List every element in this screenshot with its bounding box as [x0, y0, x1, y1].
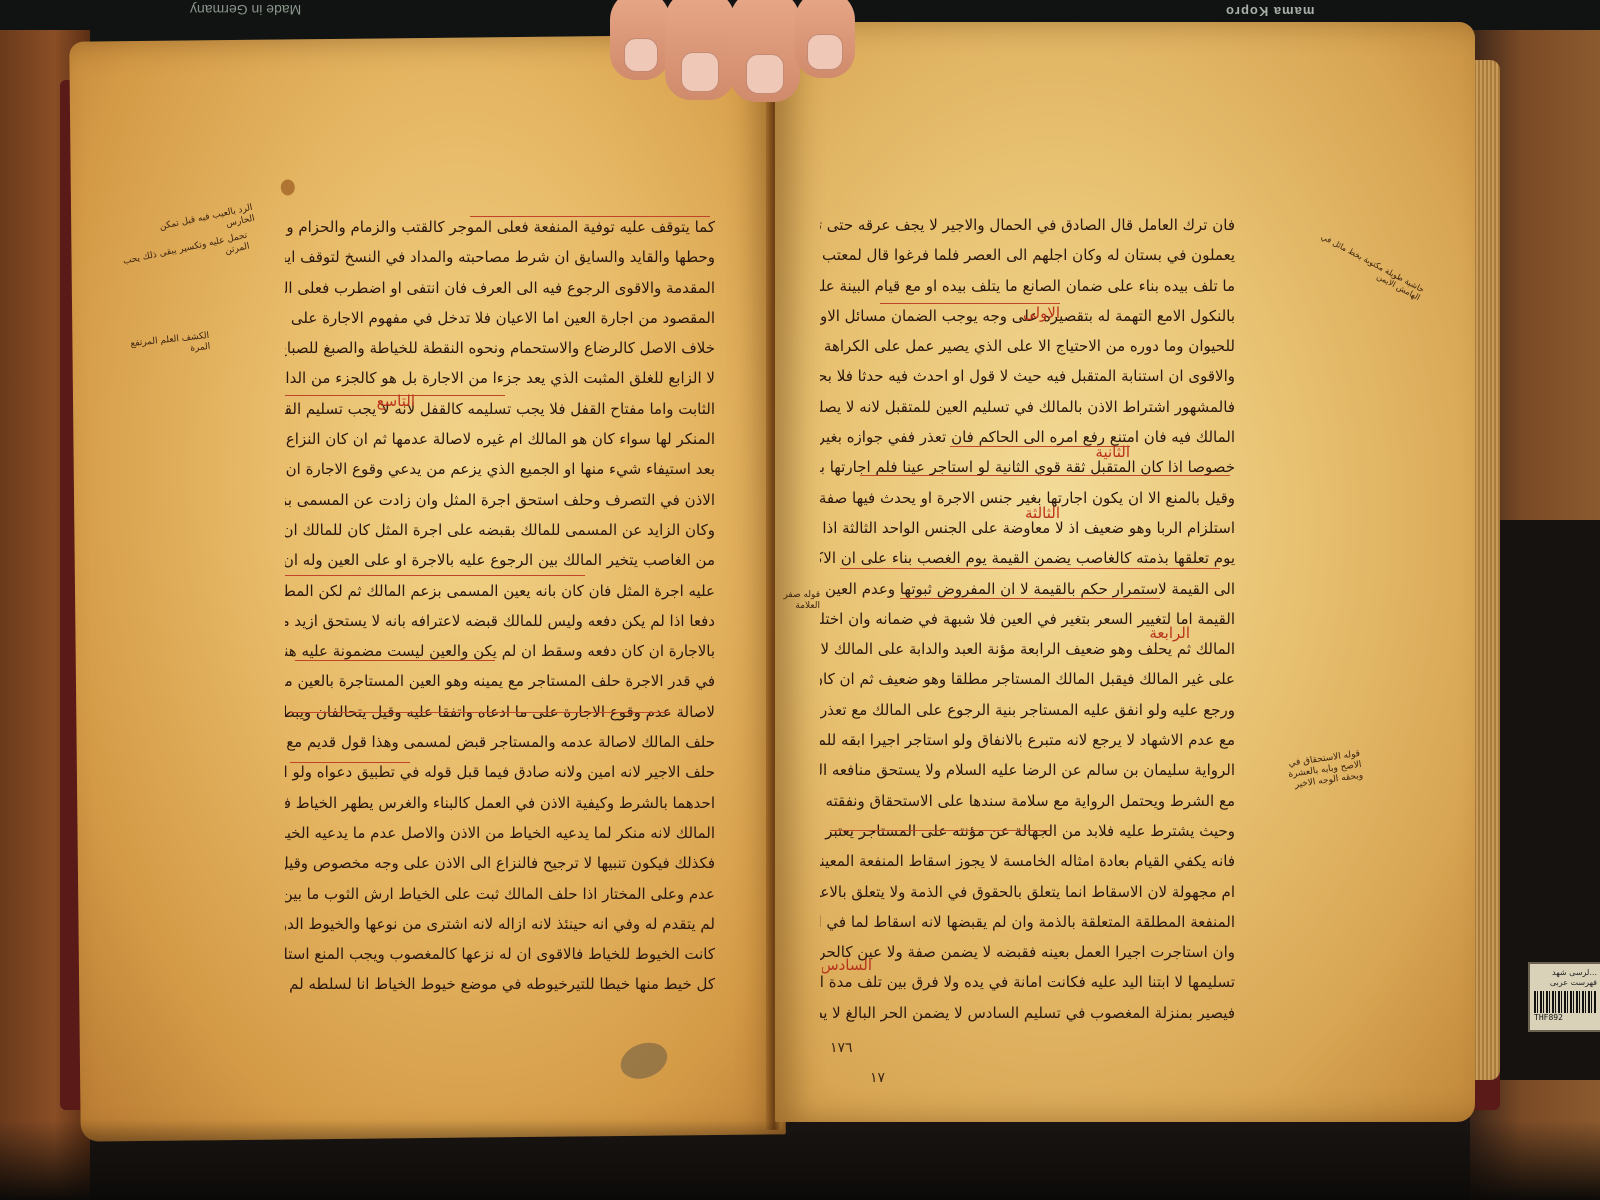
- red-overline: [285, 575, 585, 576]
- rubric-word: السادس: [822, 956, 872, 974]
- text-line: فانه يكفي القيام بعادة امثاله الخامسة لا…: [820, 846, 1235, 876]
- barcode-number: THF892: [1534, 1013, 1597, 1022]
- text-line: دفعا اذا لم يكن دفعه وليس للمالك قبضه لا…: [285, 606, 715, 636]
- red-overline: [290, 712, 670, 713]
- text-line: لا الزابع للغلق المثبت الذي يعد جزءا من …: [285, 363, 715, 393]
- left-page-text: كما يتوقف عليه توفية المنفعة فعلى الموجر…: [285, 212, 715, 1000]
- rubric-right-5: السادس: [822, 950, 872, 980]
- text-line: بالاجارة ان كان دفعه وسقط ان لم يكن والع…: [285, 636, 715, 666]
- folio-number-left: ١٧٦: [830, 1040, 853, 1056]
- text-line: المقدمة والاقوى الرجوع فيه الى العرف فان…: [285, 273, 715, 303]
- text-line: بعد استيفاء شيء منها او الجميع الذي يزعم…: [285, 454, 715, 484]
- water-stain: [616, 1036, 673, 1085]
- barcode-label-text-1: ...لرسی شهد: [1534, 968, 1597, 978]
- text-line: والاقوى ان استنابة المتقبل فيه حيث لا قو…: [820, 361, 1235, 391]
- text-line: للحيوان وما دوره من الاحتياج الا على الذ…: [820, 331, 1235, 361]
- folio-number-right: ١٧: [870, 1070, 885, 1086]
- barcode-icon: [1534, 991, 1597, 1013]
- text-line: خلاف الاصل كالرضاع والاستحمام ونحوه النق…: [285, 333, 715, 363]
- library-barcode-label: ...لرسی شهد فهرست عربی THF892: [1528, 962, 1600, 1032]
- text-line: من الغاصب يتخير المالك بين الرجوع عليه ب…: [285, 545, 715, 575]
- finger: [730, 0, 800, 102]
- red-overline: [830, 830, 1050, 831]
- text-line: عدم وعلى المختار اذا حلف المالك ثبت على …: [285, 879, 715, 909]
- text-line: كل خيط منها خيطا للتيرخيوطه في موضع خيوط…: [285, 969, 715, 999]
- text-line: في قدر الاجرة حلف المستاجر مع يمينه وهو …: [285, 666, 715, 696]
- text-line: مع عدم الاشهاد لا يرجع لانه متبرع بالانف…: [820, 725, 1235, 755]
- text-line: الثابت واما مفتاح القفل فلا يجب تسليمه ك…: [285, 394, 715, 424]
- text-line: لم يتقدم له وفي انه حينئذ لانه ازاله لان…: [285, 909, 715, 939]
- rubric-word: التاسع: [377, 392, 415, 410]
- rubric-left: التاسع: [355, 386, 415, 416]
- text-line: الى القيمة لاستمرار حكم بالقيمة لا ان ال…: [820, 574, 1235, 604]
- red-overline: [470, 216, 710, 217]
- finger: [665, 0, 735, 100]
- text-line: فان ترك العامل قال الصادق في الحمال والا…: [820, 210, 1235, 240]
- mat-imprint-left: Made in Germany: [190, 2, 301, 18]
- text-line: المنكر لها سواء كان هو المالك ام غيره لا…: [285, 424, 715, 454]
- text-line: المالك فيه فان امتنع رفع امره الى الحاكم…: [820, 422, 1235, 452]
- red-overline: [860, 475, 1230, 476]
- text-line: وكان الزايد عن المسمى للمالك بقبضه على ا…: [285, 515, 715, 545]
- text-line: فكذلك فيكون تنبيها لا ترجيح فالنزاع الى …: [285, 848, 715, 878]
- barcode-label-text-2: فهرست عربی: [1534, 978, 1597, 988]
- rubric-word: الاولى: [1023, 304, 1060, 322]
- text-line: احدهما بالشرط وكيفية الاذن في العمل كالب…: [285, 788, 715, 818]
- text-line: المقصود من اجارة العين اما الاعيان فلا ت…: [285, 303, 715, 333]
- red-overline: [290, 762, 410, 763]
- ink-stain: [281, 179, 295, 195]
- text-line: المنفعة المطلقة المتعلقة بالذمة وان لم ي…: [820, 907, 1235, 937]
- text-line: مع الشرط ويحتمل الرواية مع سلامة سندها ع…: [820, 786, 1235, 816]
- rubric-right-2: الثانية: [1070, 437, 1130, 467]
- text-line: خصوصا اذا كان المتقبل ثقة قوي الثانية لو…: [820, 452, 1235, 482]
- text-line: حلف المالك لاصالة عدمه والمستاجر قبض لمس…: [285, 727, 715, 757]
- text-line: وان استاجرت اجيرا العمل بعينه فقبضه لا ي…: [820, 937, 1235, 967]
- text-line: كانت الخيوط للخياط فالاقوى ان له نزعها ك…: [285, 939, 715, 969]
- rubric-right-1: الاولى: [1010, 298, 1060, 328]
- text-line: الاذن في التصرف وحلف استحق اجرة المثل وا…: [285, 485, 715, 515]
- text-line: على غير المالك فيقبل المالك المستاجر مطل…: [820, 664, 1235, 694]
- text-line: ام مجهولة لان الاسقاط انما يتعلق بالحقوق…: [820, 877, 1235, 907]
- text-line: عليه اجرة المثل فان كان بانه يعين المسمى…: [285, 576, 715, 606]
- rubric-right-4: الرابعة: [1130, 618, 1190, 648]
- text-line: تسليمها لا ابتنا اليد عليه فكانت امانة ف…: [820, 967, 1235, 997]
- rubric-right-3: الثالثة: [1000, 498, 1060, 528]
- text-line: المالك لانه منكر لما يدعيه الخياط من الا…: [285, 818, 715, 848]
- finger: [610, 0, 670, 80]
- text-line: فالمشهور اشتراط الاذن بالمالك في تسليم ا…: [820, 392, 1235, 422]
- red-overline: [295, 660, 495, 661]
- rubric-word: الرابعة: [1149, 624, 1190, 642]
- rubric-word: الثالثة: [1025, 504, 1060, 522]
- rubric-word: الثانية: [1095, 443, 1130, 461]
- text-line: فيصير بمنزلة المغصوب في تسليم السادس لا …: [820, 998, 1235, 1028]
- text-line: وحطها والقايد والسايق ان شرط مصاحبته وال…: [285, 242, 715, 272]
- text-line: يعملون في بستان له وكان اجلهم الى العصر …: [820, 240, 1235, 270]
- red-overline: [900, 598, 1160, 599]
- finger: [795, 0, 855, 78]
- text-line: الرواية سليمان بن سالم عن الرضا عليه الس…: [820, 755, 1235, 785]
- red-overline: [840, 568, 1220, 569]
- inner-margin-note: قوله صفر العلامة: [770, 590, 820, 612]
- text-line: ورجع عليه ولو انفق عليه المستاجر بنية ال…: [820, 695, 1235, 725]
- mat-imprint-right: mama Kopro: [1225, 4, 1314, 19]
- hand-holding-page: [600, 0, 860, 100]
- text-line: ما تلف بيده بناء على ضمان الصانع ما يتلف…: [820, 271, 1235, 301]
- bottom-shadow: [0, 1120, 1600, 1200]
- text-line: وحيث يشترط عليه فلابد من الجهالة عن مؤنت…: [820, 816, 1235, 846]
- text-line: يوم تعلقها بذمته كالغاصب يضمن القيمة يوم…: [820, 543, 1235, 573]
